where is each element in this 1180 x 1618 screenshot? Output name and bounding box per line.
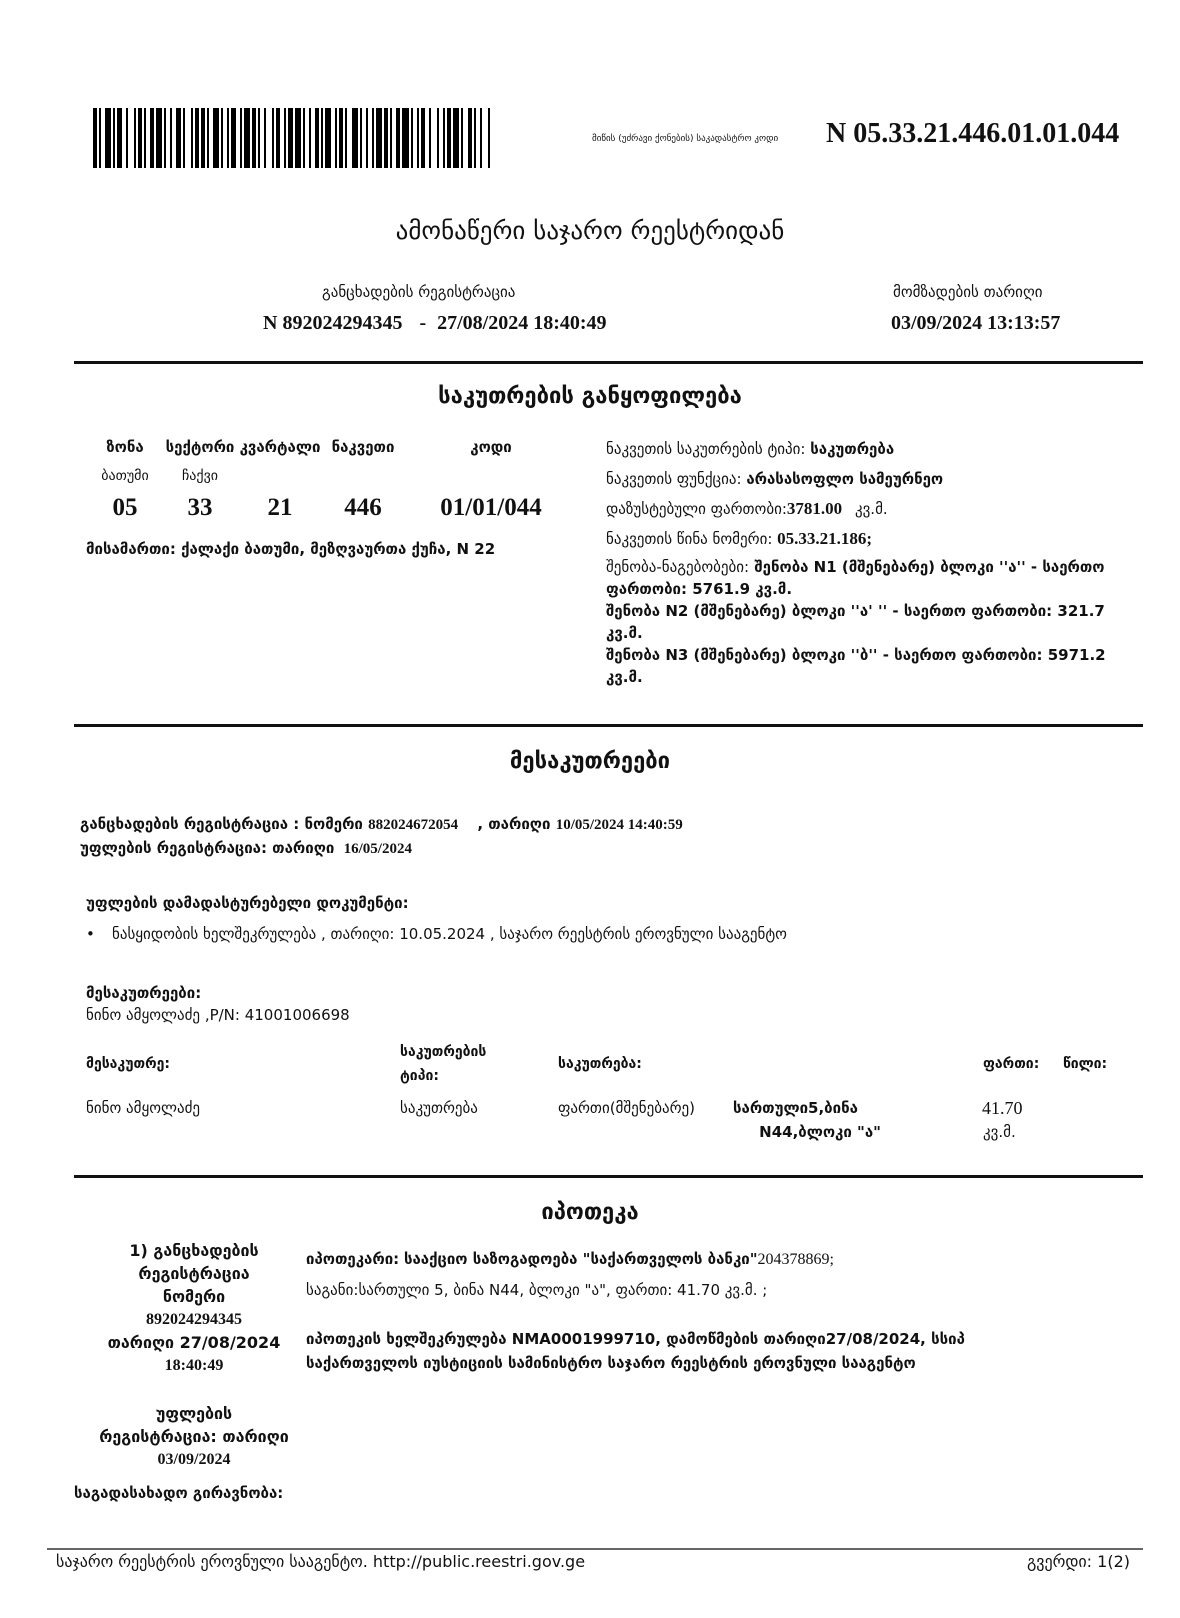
section-divider — [74, 361, 1143, 364]
page-number: გვერდი: 1(2) — [1027, 1552, 1130, 1571]
ownership-type-cell: საკუთრება — [400, 1096, 478, 1120]
cadastral-code-label: მიწის (უძრავი ქონების) საკადასტრო კოდი — [592, 134, 778, 144]
application-registration-value: N 892024294345 - 27/08/2024 18:40:49 — [263, 312, 607, 335]
previous-parcel-number: ნაკვეთის წინა ნომერი: 05.33.21.186; — [606, 524, 1136, 554]
prepared-datetime: 03/09/2024 13:13:57 — [891, 312, 1060, 335]
barcode-icon — [93, 108, 493, 168]
address-value: ქალაქი ბათუმი, მეზღვაურთა ქუჩა, N 22 — [181, 540, 495, 558]
property-division-title: საკუთრების განყოფილება — [0, 384, 1180, 409]
right-registration: უფლების რეგისტრაცია: თარიღი 16/05/2024 — [80, 839, 412, 858]
cadastral-column-sub: ჩაქვი — [150, 468, 250, 484]
prepared-date-label: მომზადების თარიღი — [893, 283, 1043, 301]
cadastral-column-label: კოდი — [411, 438, 571, 456]
tax-lien-label: საგადასახადო გირავნობა: — [74, 1484, 283, 1502]
section-divider — [74, 724, 1143, 727]
address-label: მისამართი: — [86, 540, 176, 558]
table-header-share: წილი: — [1063, 1052, 1107, 1076]
parcel-area: დაზუსტებული ფართობი:3781.00 კვ.მ. — [606, 494, 1136, 524]
owners-value: ნინო ამყოლაძე ,P/N: 41001006698 — [86, 1006, 350, 1024]
owners-application-datetime: 10/05/2024 14:40:59 — [556, 817, 683, 833]
owner-cell: ნინო ამყოლაძე — [86, 1096, 200, 1120]
ownership-type: ნაკვეთის საკუთრების ტიპი: საკუთრება — [606, 434, 1136, 464]
mortgage-title: იპოთეკა — [0, 1200, 1180, 1225]
property-kind-cell: ფართი(მშენებარე) — [558, 1096, 695, 1120]
section-divider — [74, 1175, 1143, 1178]
table-header-ownership-type: საკუთრების ტიპი: — [400, 1040, 520, 1088]
parcel-info: ნაკვეთის საკუთრების ტიპი: საკუთრება ნაკვ… — [606, 434, 1136, 688]
parcel-function: ნაკვეთის ფუნქცია: არასასოფლო სამეურნეო — [606, 464, 1136, 494]
mortgage-contract-line-1: იპოთეკის ხელშეკრულება NMA0001999710, დამ… — [306, 1330, 965, 1348]
mortgage-contract-line-2: საქართველოს იუსტიციის სამინისტრო საჯარო … — [306, 1354, 916, 1372]
right-registration-date: 16/05/2024 — [344, 841, 412, 857]
owners-application-number: 882024672054 — [368, 817, 458, 833]
mortgagee-id: 204378869; — [758, 1251, 834, 1268]
application-datetime: 27/08/2024 18:40:49 — [437, 312, 606, 334]
building-item: შენობა N3 (მშენებარე) ბლოკი ''ბ'' - საერ… — [606, 646, 1106, 686]
area-cell: 41.70 — [982, 1096, 1023, 1120]
address: მისამართი: ქალაქი ბათუმი, მეზღვაურთა ქუჩ… — [86, 540, 495, 558]
owners-title: მესაკუთრეები — [0, 749, 1180, 774]
mortgagee: იპოთეკარი: სააქციო საზოგადოება "საქართვე… — [306, 1250, 834, 1269]
table-header-property: საკუთრება: — [558, 1052, 642, 1076]
cadastral-code: N 05.33.21.446.01.01.044 — [826, 118, 1119, 150]
application-registration-label: განცხადების რეგისტრაცია — [322, 283, 515, 301]
buildings-list: შენობა-ნაგებობები: შენობა N1 (მშენებარე)… — [606, 556, 1136, 688]
application-number: N 892024294345 — [263, 312, 402, 334]
cadastral-column-label: ნაკვეთი — [313, 438, 413, 456]
right-document-label: უფლების დამადასტურებელი დოკუმენტი: — [86, 894, 409, 912]
building-item: შენობა N2 (მშენებარე) ბლოკი ''ა' '' - სა… — [606, 602, 1105, 642]
table-header-area: ფართი: — [983, 1052, 1039, 1076]
area-unit-cell: კვ.მ. — [983, 1120, 1016, 1144]
mortgage-application-number: 892024294345 — [70, 1308, 318, 1331]
property-desc-cell: სართული5,ბინა N44,ბლოკი "ა" — [733, 1096, 881, 1144]
document-title: ამონაწერი საჯარო რეესტრიდან — [0, 216, 1180, 245]
right-document-item: •ნასყიდობის ხელშეკრულება , თარიღი: 10.05… — [86, 925, 787, 943]
owners-label: მესაკუთრეები: — [86, 984, 201, 1002]
bullet-icon: • — [86, 925, 112, 943]
owners-application-registration: განცხადების რეგისტრაცია : ნომერი 8820246… — [80, 815, 683, 834]
footer-agency: საჯარო რეესტრის ეროვნული სააგენტო. http:… — [56, 1552, 585, 1571]
table-header-owner: მესაკუთრე: — [86, 1052, 170, 1076]
mortgage-right-registration: უფლების რეგისტრაცია: თარიღი 03/09/2024 — [70, 1402, 318, 1471]
mortgage-application-info: 1) განცხადების რეგისტრაცია ნომერი 892024… — [70, 1239, 318, 1377]
footer-divider — [47, 1548, 1143, 1550]
cadastral-column-value: 446 — [313, 494, 413, 522]
cadastral-column-value: 01/01/044 — [411, 494, 571, 522]
mortgage-subject: საგანი:სართული 5, ბინა N44, ბლოკი "ა", ფ… — [306, 1281, 767, 1299]
